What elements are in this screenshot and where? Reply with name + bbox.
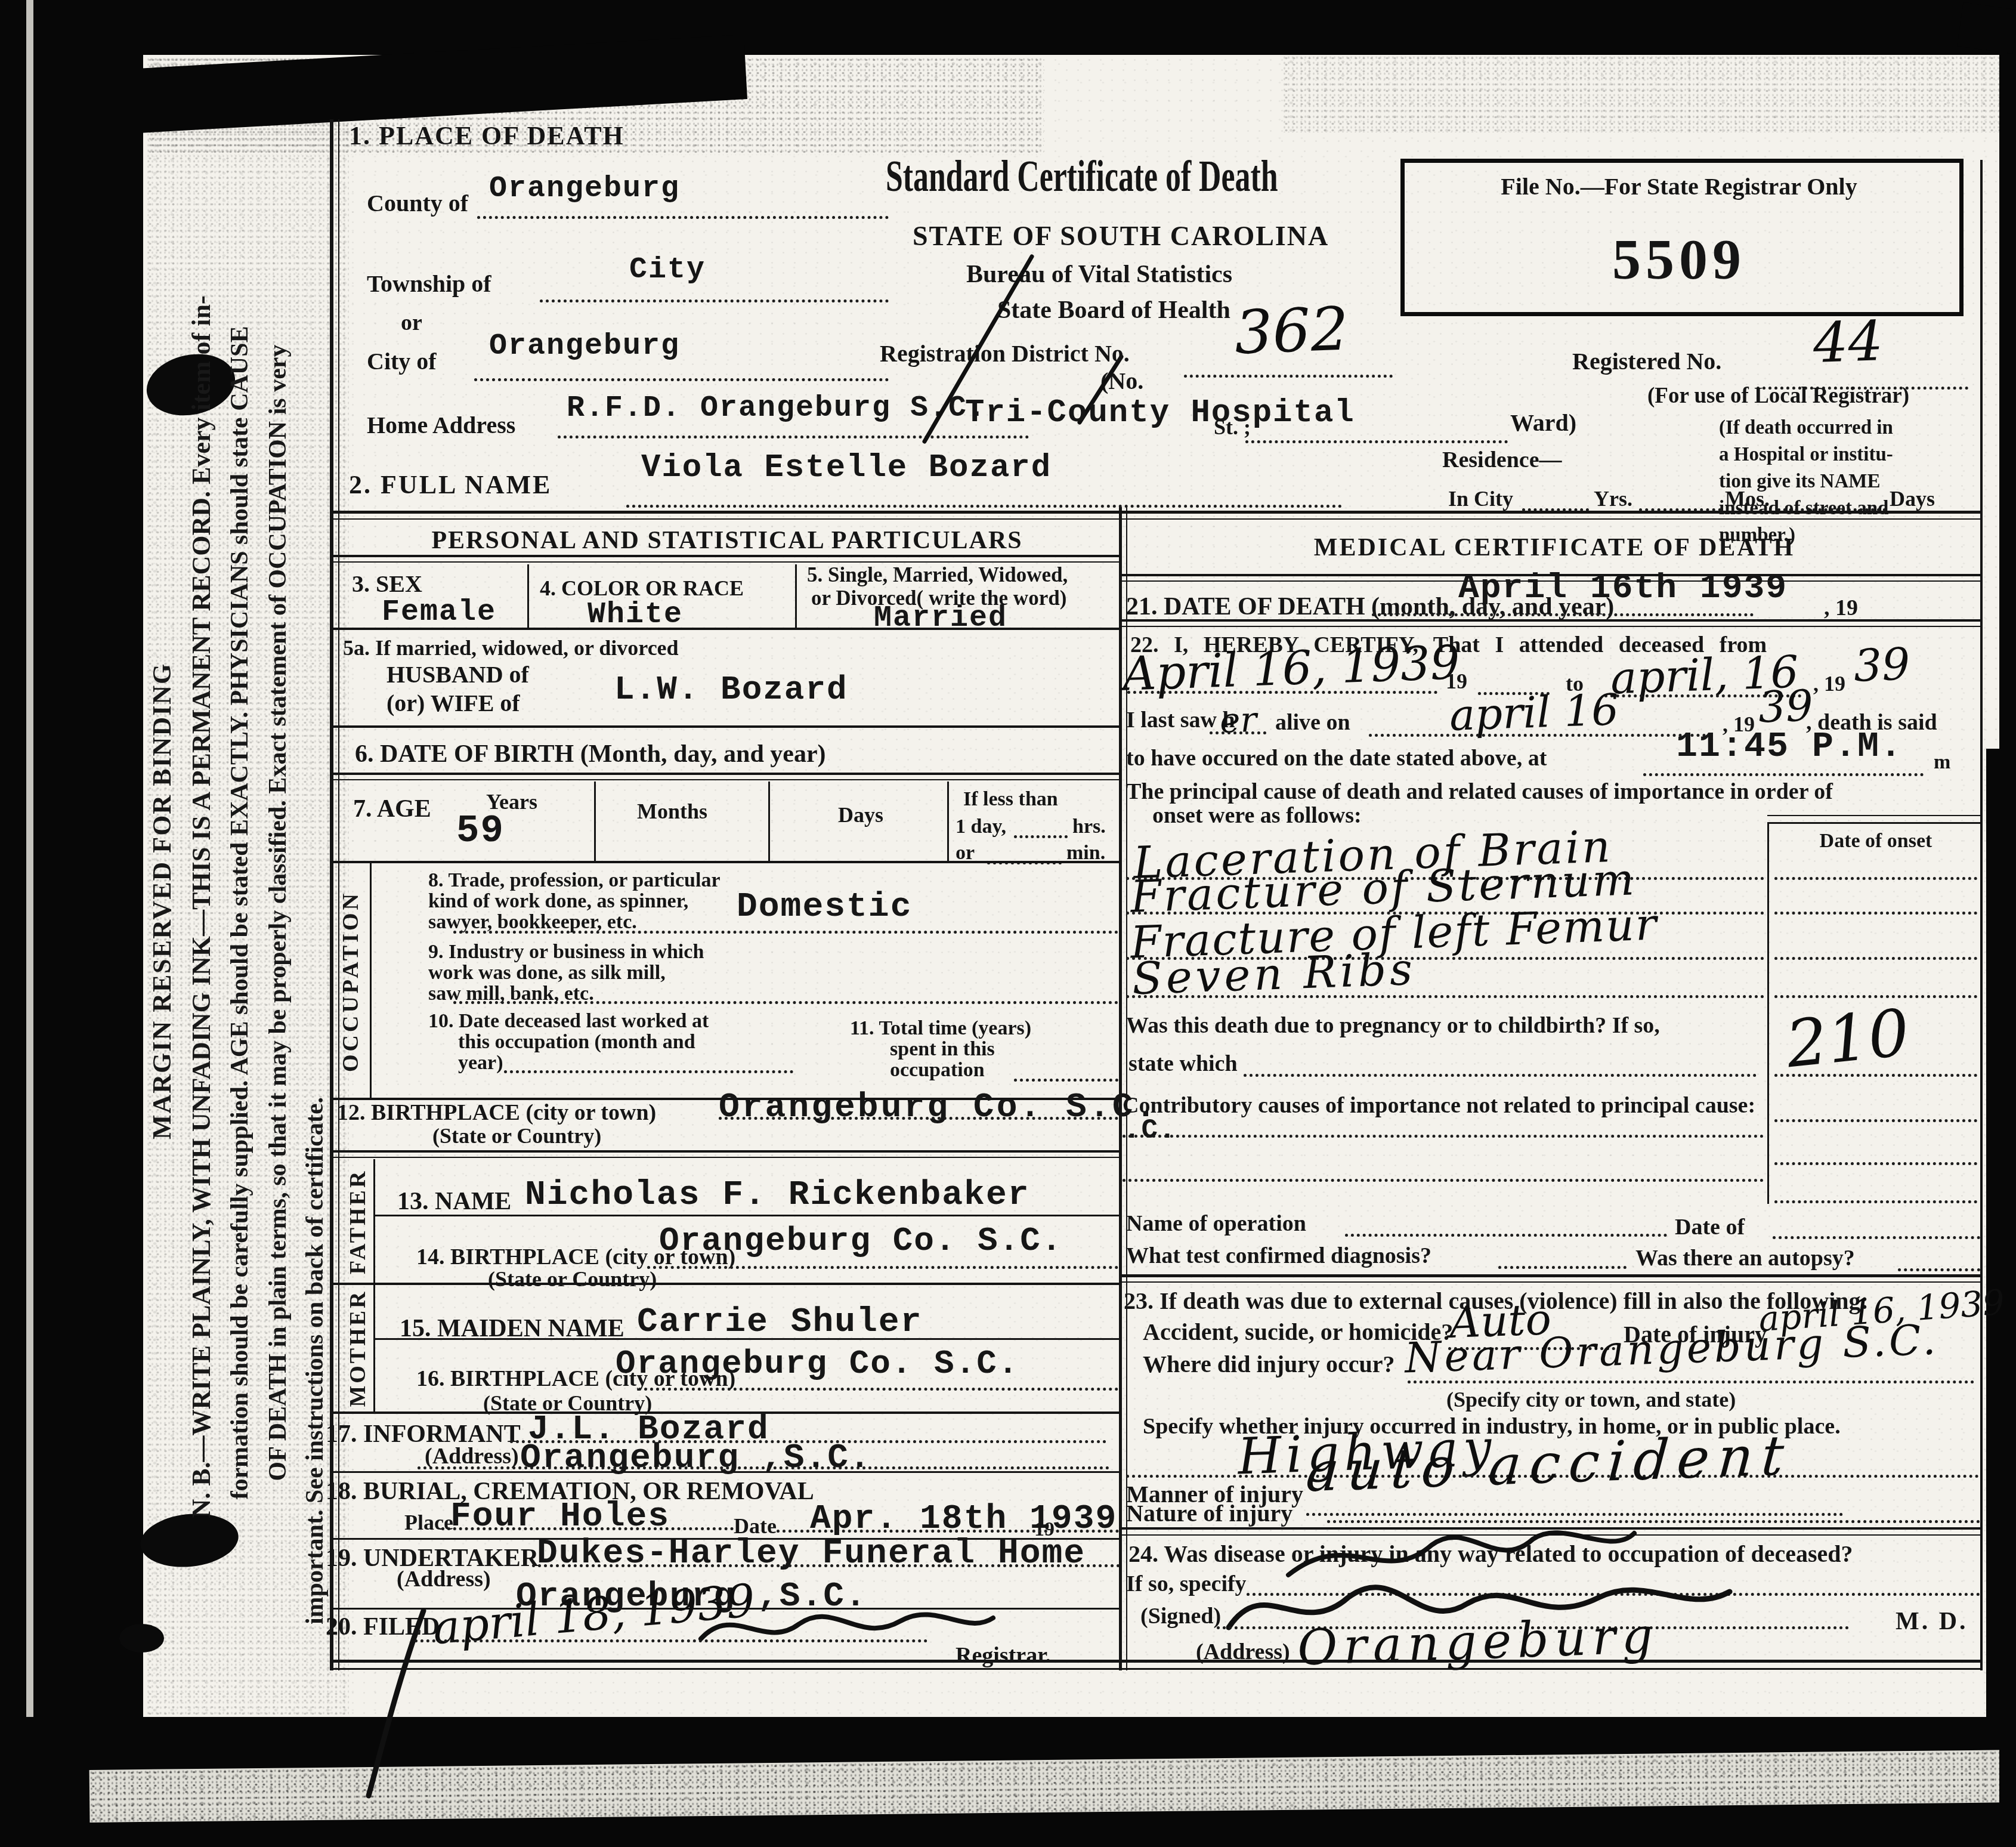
- rule: [332, 1668, 1981, 1670]
- ink-blob: [119, 1624, 164, 1653]
- days-label: Days: [1890, 488, 1935, 511]
- contributory-label: Contributory causes of importance not re…: [1123, 1094, 1755, 1118]
- dotted-line: [1123, 1135, 1764, 1138]
- operation-date-label: Date of: [1675, 1216, 1745, 1240]
- physician-address-handwritten: Orangeburg: [1297, 1611, 1660, 1673]
- cell-divider: [370, 863, 372, 1098]
- attended-from-handwritten: April 16, 1939: [1122, 640, 1461, 698]
- q12-sublabel: (State or Country): [432, 1125, 601, 1148]
- cause-handwritten: Seven Ribs: [1131, 947, 1417, 1002]
- file-number-value: 5509: [1408, 230, 1950, 290]
- dotted-line: [441, 1527, 734, 1530]
- rule: [1120, 619, 1981, 622]
- last-saw-date-handwritten: april 16: [1449, 688, 1619, 737]
- rule: [332, 555, 1120, 557]
- dotted-line: [1244, 1074, 1757, 1077]
- dotted-line: [453, 931, 1118, 934]
- rule: [332, 1150, 1120, 1153]
- dotted-line: [1774, 995, 1977, 998]
- margin-note: formation should be carefully supplied. …: [226, 137, 253, 1688]
- registered-no-label: Registered No.: [1572, 349, 1721, 374]
- husband-label: 5a. If married, widowed, or divorced: [343, 637, 679, 660]
- dotted-line: [418, 1466, 1109, 1469]
- registrar-label: Registrar.: [956, 1644, 1051, 1668]
- dotted-line: [1014, 835, 1068, 838]
- q15-value: Carrie Shuler: [637, 1305, 922, 1340]
- place-of-death-heading: 1. PLACE OF DEATH: [349, 122, 624, 150]
- dotted-line: [1898, 1268, 1980, 1271]
- q8-label: kind of work done, as spinner,: [428, 891, 688, 912]
- rule: [332, 628, 1120, 630]
- cell-divider: [947, 782, 949, 861]
- scan-left-sliver: [26, 0, 33, 1847]
- dotted-line: [1643, 773, 1924, 776]
- hospital-note-line: a Hospital or institu-: [1719, 444, 1893, 465]
- dotted-line: [415, 1639, 927, 1642]
- dotted-line: [1369, 734, 1712, 737]
- medical-section-title: MEDICAL CERTIFICATE OF DEATH: [1127, 535, 1981, 561]
- margin-note: N. B.—WRITE PLAINLY, WITH UNFADING INK—T…: [188, 119, 215, 1694]
- scan-noise: [1282, 55, 2016, 132]
- rule: [375, 1215, 1120, 1216]
- dotted-line: [1774, 957, 1977, 960]
- state-line: STATE OF SOUTH CAROLINA: [913, 222, 1329, 251]
- hospital-note-line: (If death occurred in: [1719, 418, 1893, 438]
- age-hrs-label: hrs.: [1072, 816, 1106, 838]
- q13-label: 13. NAME: [397, 1188, 511, 1215]
- dotted-line: [1184, 375, 1393, 378]
- local-registrar-note: (For use of Local Registrar): [1647, 385, 1909, 408]
- dotted-line: [1123, 1179, 1764, 1182]
- dotted-line: [504, 1070, 793, 1073]
- full-name-value: Viola Estelle Bozard: [641, 452, 1052, 484]
- margin-note: important. See instructions on back of c…: [301, 1045, 329, 1677]
- dotted-line: [777, 1530, 1119, 1533]
- last-saw-year-handwritten: 39: [1758, 684, 1814, 728]
- nature-label: Nature of injury: [1126, 1501, 1293, 1526]
- dotted-line: [477, 216, 889, 219]
- dotted-line: [532, 1564, 1120, 1567]
- mos-label: Mos.: [1725, 488, 1770, 511]
- rule: [1120, 626, 1981, 627]
- personal-section-title: PERSONAL AND STATISTICAL PARTICULARS: [334, 527, 1120, 554]
- rule: [332, 511, 1981, 514]
- where-label: Where did injury occur?: [1143, 1352, 1395, 1377]
- township-value: City: [629, 255, 706, 285]
- q11-label: spent in this: [890, 1039, 995, 1060]
- scanned-death-certificate: MARGIN RESERVED FOR BINDING N. B.—WRITE …: [0, 0, 2016, 1847]
- dotted-line: [1774, 1200, 1977, 1203]
- q12-value: Orangeburg Co. S.C.: [719, 1091, 1158, 1125]
- dob-label: 6. DATE OF BIRTH (Month, day, and year): [355, 741, 826, 767]
- rule: [332, 773, 1120, 775]
- dotted-line: [1210, 731, 1266, 734]
- cell-divider: [373, 1159, 375, 1283]
- margin-note: OF DEATH in plain terms, so that it may …: [264, 143, 292, 1682]
- dotted-line: [1345, 1234, 1667, 1237]
- state-which-label: state which: [1128, 1052, 1238, 1076]
- rule: [332, 779, 1120, 780]
- q14-sublabel: (State or Country): [488, 1268, 657, 1291]
- dotted-line: [1372, 613, 1754, 616]
- dotted-line: [1126, 995, 1764, 998]
- home-address-label: Home Address: [367, 413, 515, 438]
- rule: [332, 518, 1981, 520]
- dotted-line: [719, 1117, 1118, 1120]
- certificate-title: Standard Certificate of Death: [886, 154, 1278, 200]
- dotted-line: [1245, 440, 1508, 443]
- dotted-line: [453, 1001, 1118, 1004]
- rule: [332, 1283, 1120, 1285]
- rule: [1767, 822, 1981, 824]
- mother-vertical-label: MOTHER: [344, 1262, 372, 1435]
- dotted-line: [540, 299, 889, 302]
- age-months-label: Months: [637, 801, 707, 823]
- cell-divider: [373, 1284, 375, 1411]
- q12-label: 12. BIRTHPLACE (city or town): [337, 1101, 656, 1125]
- rule: [1120, 1274, 1981, 1277]
- stray-typed-text: .C.: [1124, 1117, 1177, 1144]
- scan-edge-top: [0, 0, 2016, 55]
- city-value: Orangeburg: [489, 332, 680, 362]
- scan-edge-left: [0, 0, 143, 1847]
- sex-value: Female: [382, 598, 496, 628]
- handwritten-stroke: [919, 251, 1038, 447]
- age-label: 7. AGE: [353, 796, 431, 822]
- dotted-line: [1014, 1079, 1118, 1082]
- q11-label: 11. Total time (years): [850, 1018, 1031, 1039]
- dotted-line: [474, 378, 889, 381]
- age-years-value: 59: [456, 813, 505, 851]
- operation-label: Name of operation: [1126, 1212, 1306, 1236]
- test-label: What test confirmed diagnosis?: [1126, 1244, 1431, 1268]
- onset-value-handwritten: 210: [1783, 1001, 1912, 1078]
- handwriting-flourish: [358, 1605, 441, 1802]
- printed-19: , 19: [1813, 673, 1845, 696]
- dotted-line: [1774, 877, 1977, 880]
- scan-corner-mark: [1957, 2, 2016, 54]
- pregnancy-label: Was this death due to pregnancy or to ch…: [1126, 1014, 1660, 1038]
- rule: [332, 725, 1120, 728]
- husband-value: L.W. Bozard: [614, 673, 848, 706]
- autopsy-label: Was there an autopsy?: [1635, 1247, 1855, 1271]
- occurred-suffix: m: [1934, 752, 1950, 773]
- county-value: Orangeburg: [489, 174, 680, 204]
- rule: [332, 561, 1120, 563]
- registered-no-value-handwritten: 44: [1812, 314, 1884, 371]
- principal-cause-label: onset were as follows:: [1152, 804, 1362, 828]
- rule: [332, 861, 1120, 863]
- dotted-line: [626, 505, 1342, 508]
- cell-divider: [795, 564, 797, 628]
- reg-district-value-handwritten: 362: [1233, 299, 1349, 363]
- occurred-label: to have occured on the date stated above…: [1126, 747, 1547, 771]
- q8-label: sawyer, bookkeeper, etc.: [428, 912, 637, 933]
- rule: [1120, 1281, 1981, 1283]
- last-saw-label: I last saw h: [1126, 709, 1235, 733]
- cell-divider: [594, 782, 596, 861]
- yrs-label: Yrs.: [1594, 488, 1632, 511]
- dotted-line: [1408, 1380, 1974, 1383]
- principal-cause-label: The principal cause of death and related…: [1126, 780, 1833, 804]
- color-race-label: 4. COLOR OR RACE: [540, 577, 744, 600]
- rule: [1767, 815, 1981, 816]
- dotted-line: [1774, 1119, 1977, 1122]
- file-box-label: File No.—For State Registrar Only: [1408, 174, 1950, 199]
- q10-label: year): [458, 1052, 503, 1074]
- full-name-label: 2. FULL NAME: [349, 471, 552, 499]
- md-label: M. D.: [1896, 1608, 1968, 1635]
- age-days-label: Days: [838, 804, 883, 827]
- rule: [332, 1471, 1120, 1473]
- q8-value: Domestic: [737, 890, 912, 925]
- q10-label: 10. Date deceased last worked at: [428, 1011, 709, 1032]
- county-label: County of: [367, 191, 468, 216]
- or-label: or: [401, 311, 422, 335]
- dotted-line: [1773, 1236, 1980, 1239]
- color-race-value: White: [588, 600, 683, 630]
- onset-column-divider: [1767, 822, 1769, 1204]
- dotted-line: [1127, 691, 1437, 694]
- q9-label: 9. Industry or business in which: [428, 941, 704, 963]
- q11-label: occupation: [890, 1060, 985, 1081]
- occurred-time-value: 11:45 P.M.: [1676, 729, 1903, 765]
- sex-label: 3. SEX: [352, 572, 422, 597]
- rule: [332, 1157, 1120, 1158]
- specify-city-label: (Specify city or town, and state): [1446, 1389, 1736, 1411]
- q10-label: this occupation (month and: [458, 1031, 695, 1053]
- occupation-vertical-label: OCCUPATION: [337, 862, 364, 1101]
- signed-label: (Signed): [1140, 1605, 1221, 1629]
- dotted-line: [638, 1388, 1118, 1391]
- ward-label: Ward): [1510, 410, 1576, 436]
- city-label: City of: [367, 349, 437, 374]
- cell-divider: [768, 782, 770, 861]
- dotted-line: [1498, 1266, 1627, 1269]
- attended-to-year-handwritten: 39: [1853, 642, 1911, 688]
- margin-note: MARGIN RESERVED FOR BINDING: [149, 674, 176, 1139]
- date-of-onset-label: Date of onset: [1774, 830, 1977, 852]
- age-less-label: 1 day,: [956, 816, 1006, 838]
- q21-value: April 16th 1939: [1458, 572, 1788, 606]
- rule: [375, 1338, 1120, 1340]
- q18-place-label: Place: [404, 1512, 453, 1534]
- residence-label: Residence—: [1442, 449, 1562, 472]
- q17-address-label: (Address): [425, 1445, 519, 1469]
- q21-suffix: , 19: [1824, 597, 1858, 620]
- marital-label: 5. Single, Married, Widowed,: [807, 564, 1068, 586]
- form-right-border: [1980, 160, 1983, 1670]
- dotted-line: [1774, 1074, 1977, 1077]
- age-less-label: If less than: [963, 789, 1058, 810]
- dotted-line: [1774, 912, 1977, 915]
- scan-edge-right-band: [1986, 749, 2016, 1721]
- dotted-line: [647, 1266, 1118, 1269]
- husband-label: HUSBAND of: [386, 662, 529, 687]
- alive-on-label: alive on: [1275, 711, 1350, 735]
- q9-label: work was done, as silk mill,: [428, 962, 666, 984]
- dotted-line: [1774, 1162, 1977, 1165]
- cell-divider: [527, 564, 529, 628]
- q19-address-label: (Address): [397, 1568, 491, 1592]
- husband-label: (or) WIFE of: [386, 691, 520, 716]
- q8-label: 8. Trade, profession, or particular: [428, 870, 721, 891]
- address-label: (Address): [1196, 1641, 1290, 1664]
- q13-value: Nicholas F. Rickenbaker: [525, 1178, 1030, 1213]
- township-label: Township of: [367, 271, 491, 296]
- in-city-label: In City: [1448, 488, 1513, 511]
- manner-value-handwritten: auto accident: [1304, 1428, 1794, 1500]
- rule: [332, 1660, 1981, 1663]
